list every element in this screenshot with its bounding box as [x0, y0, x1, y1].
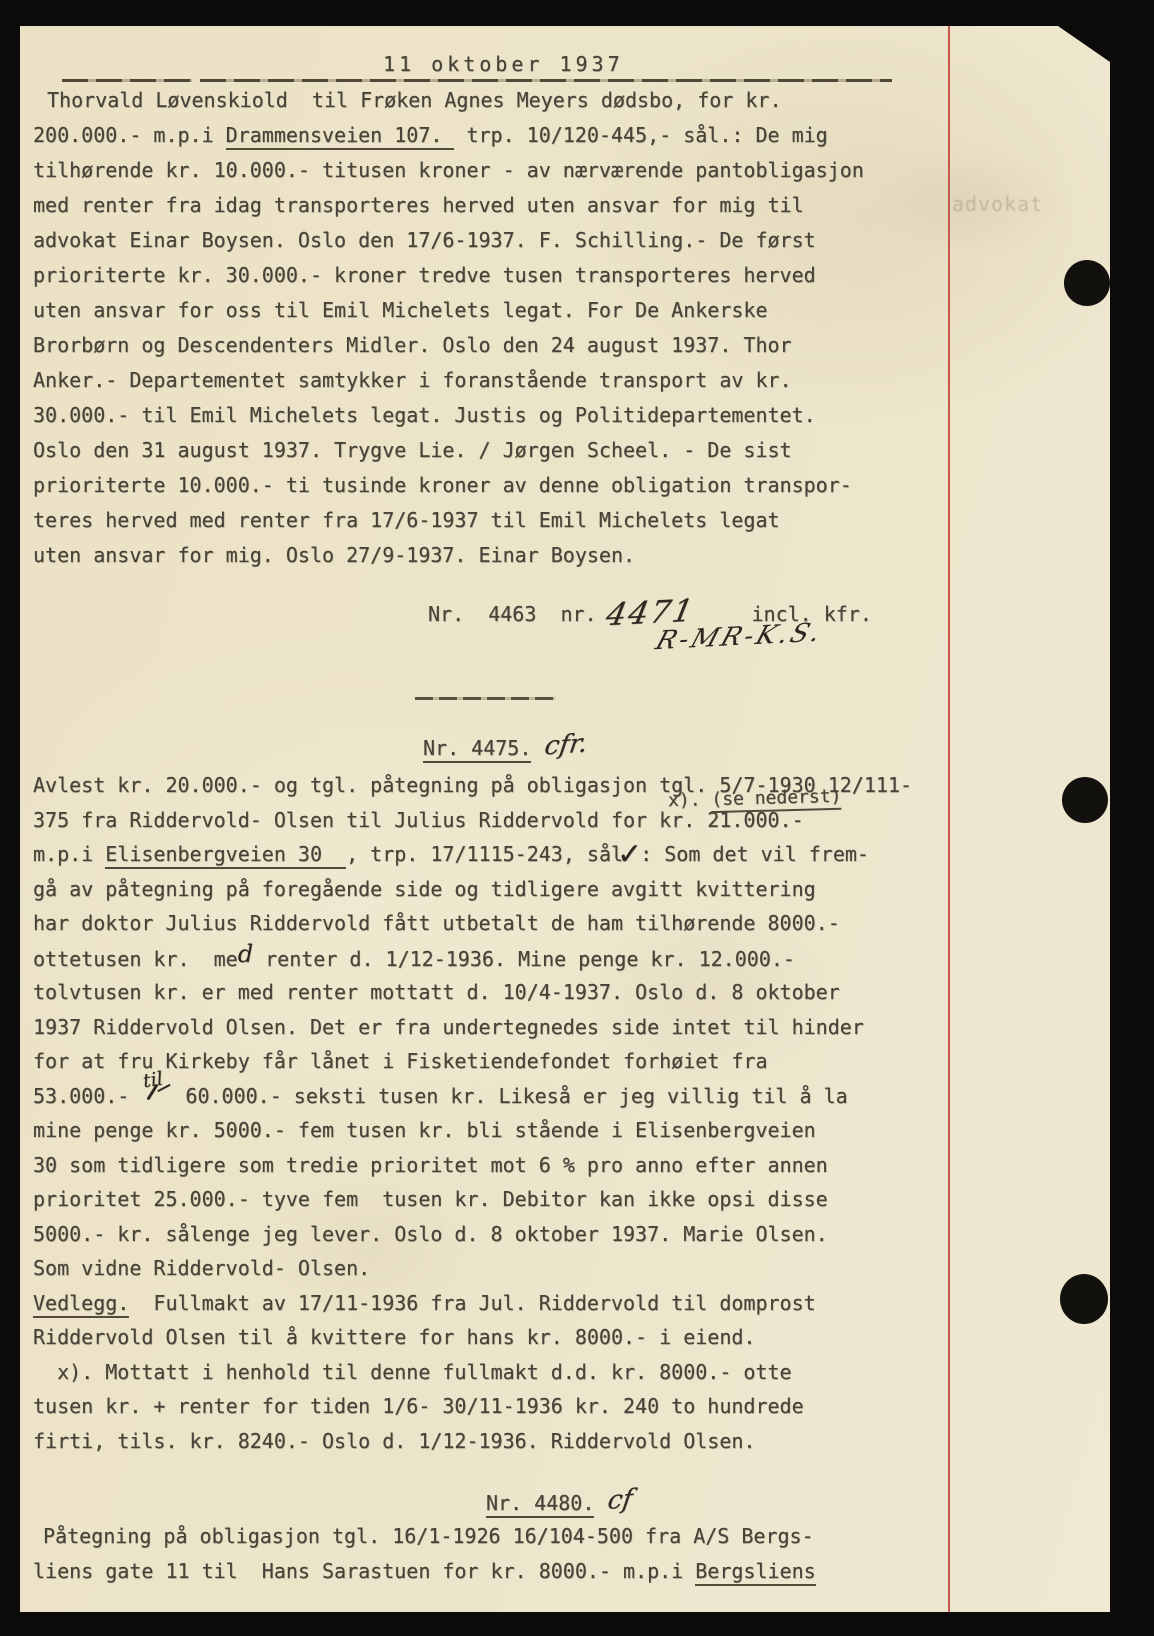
- text-line: m.p.i Elisenbergveien 30 , trp. 17/1115-…: [33, 840, 912, 875]
- text-line: Som vidne Riddervold- Olsen.: [33, 1254, 912, 1289]
- handwritten-checkmark: ✓: [617, 837, 642, 872]
- heading-rule-right: [200, 79, 892, 82]
- hole-punch-dot: [1062, 777, 1108, 823]
- text-line: tusen kr. + renter for tiden 1/6- 30/11-…: [33, 1392, 912, 1427]
- text-segment: 200.000.- m.p.i: [33, 123, 226, 147]
- entry-4475-paragraph: Avlest kr. 20.000.- og tgl. påtegning på…: [33, 771, 912, 1461]
- hole-punch-dot: [1060, 1274, 1108, 1324]
- text-segment: 60.000.- seksti tusen kr. Likeså er jeg …: [173, 1084, 847, 1108]
- text-line: advokat Einar Boysen. Oslo den 17/6-1937…: [33, 226, 864, 261]
- text-line: Påtegning på obligasjon tgl. 16/1-1926 1…: [33, 1522, 816, 1557]
- section-divider-rule: [415, 697, 555, 700]
- text-segment: liens gate 11 til Hans Sarastuen for kr.…: [33, 1559, 695, 1583]
- hole-punch-dot: [1064, 260, 1110, 306]
- underlined-label-vedlegg: Vedlegg.: [33, 1291, 129, 1318]
- underlined-street-name: Bergsliens: [695, 1559, 815, 1586]
- text-segment: 53.000.-: [33, 1084, 141, 1108]
- handwritten-annotation: cfr.: [543, 729, 590, 762]
- entry-number: Nr. 4475.: [423, 736, 531, 763]
- handwritten-til-insertion: til: [141, 1083, 173, 1103]
- red-margin-ruling-line: [948, 26, 950, 1612]
- entry-4480-paragraph: Påtegning på obligasjon tgl. 16/1-1926 1…: [33, 1522, 816, 1592]
- scanned-document-paper: 11 oktober 1937 advokat Thorvald Løvensk…: [20, 26, 1110, 1612]
- text-line: ottetusen kr. med renter d. 1/12-1936. M…: [33, 944, 912, 979]
- handwritten-correction-d: d: [238, 940, 253, 968]
- text-line: teres herved med renter fra 17/6-1937 ti…: [33, 506, 864, 541]
- typed-number-prefix: Nr. 4463 nr.: [428, 602, 597, 626]
- underlined-street-name: Elisenbergveien 30: [105, 842, 346, 869]
- text-segment: : Som det vil frem-: [640, 842, 869, 866]
- text-line: firti, tils. kr. 8240.- Oslo d. 1/12-193…: [33, 1427, 912, 1462]
- text-line: prioritet 25.000.- tyve fem tusen kr. De…: [33, 1185, 912, 1220]
- entry-4475-heading: Nr. 4475.cfr.: [423, 732, 587, 762]
- text-line: x). Mottatt i henhold til denne fullmakt…: [33, 1358, 912, 1393]
- text-line: 5000.- kr. sålenge jeg lever. Oslo d. 8 …: [33, 1220, 912, 1255]
- text-line: Riddervold Olsen til å kvittere for hans…: [33, 1323, 912, 1358]
- text-segment: trp. 10/120-445,- sål.: De mig: [454, 123, 827, 147]
- text-line: Oslo den 31 august 1937. Trygve Lie. / J…: [33, 436, 864, 471]
- text-line: tolvtusen kr. er med renter mottatt d. 1…: [33, 978, 912, 1013]
- paper-corner-cut: [1058, 26, 1110, 62]
- entry-4480-heading: Nr. 4480.cf: [486, 1487, 633, 1517]
- text-line: Avlest kr. 20.000.- og tgl. påtegning på…: [33, 771, 912, 806]
- text-segment: renter d. 1/12-1936. Mine penge kr. 12.0…: [253, 947, 795, 971]
- text-segment: m.p.i: [33, 842, 105, 866]
- text-line: Anker.- Departementet samtykker i forans…: [33, 366, 864, 401]
- date-heading: 11 oktober 1937: [383, 52, 624, 76]
- underlined-street-name: Drammensveien 107.: [226, 123, 455, 150]
- text-line: 53.000.- til 60.000.- seksti tusen kr. L…: [33, 1082, 912, 1117]
- text-line: for at fru Kirkeby får lånet i Fisketien…: [33, 1047, 912, 1082]
- text-line: 30 som tidligere som tredie prioritet mo…: [33, 1151, 912, 1186]
- text-line: med renter fra idag transporteres herved…: [33, 191, 864, 226]
- text-line: liens gate 11 til Hans Sarastuen for kr.…: [33, 1557, 816, 1592]
- text-line: mine penge kr. 5000.- fem tusen kr. bli …: [33, 1116, 912, 1151]
- text-line: prioriterte 10.000.- ti tusinde kroner a…: [33, 471, 864, 506]
- text-line: Thorvald Løvenskiold til Frøken Agnes Me…: [33, 86, 864, 121]
- text-line: Vedlegg. Fullmakt av 17/11-1936 fra Jul.…: [33, 1289, 912, 1324]
- text-line: 375 fra Riddervold- Olsen til Julius Rid…: [33, 806, 912, 841]
- text-line: 30.000.- til Emil Michelets legat. Justi…: [33, 401, 864, 436]
- text-line: uten ansvar for oss til Emil Michelets l…: [33, 296, 864, 331]
- entry-number: Nr. 4480.: [486, 1491, 594, 1518]
- text-line: 200.000.- m.p.i Drammensveien 107. trp. …: [33, 121, 864, 156]
- text-line: 1937 Riddervold Olsen. Det er fra undert…: [33, 1013, 912, 1048]
- text-line: prioriterte kr. 30.000.- kroner tredve t…: [33, 261, 864, 296]
- handwritten-annotation: cf: [606, 1484, 635, 1516]
- entry-transport-paragraph: Thorvald Løvenskiold til Frøken Agnes Me…: [33, 86, 864, 576]
- text-line: gå av påtegning på foregående side og ti…: [33, 875, 912, 910]
- heading-rule-left: [62, 79, 192, 82]
- text-segment: ottetusen kr. me: [33, 947, 238, 971]
- text-line: har doktor Julius Riddervold fått utbeta…: [33, 909, 912, 944]
- text-segment: , trp. 17/1115-243, sål: [346, 842, 623, 866]
- text-line: tilhørende kr. 10.000.- titusen kroner -…: [33, 156, 864, 191]
- text-line: Brorbørn og Descendenters Midler. Oslo d…: [33, 331, 864, 366]
- text-line: uten ansvar for mig. Oslo 27/9-1937. Ein…: [33, 541, 864, 576]
- text-segment: Fullmakt av 17/11-1936 fra Jul. Riddervo…: [129, 1291, 815, 1315]
- ghost-offset-print-text: advokat: [952, 192, 1043, 216]
